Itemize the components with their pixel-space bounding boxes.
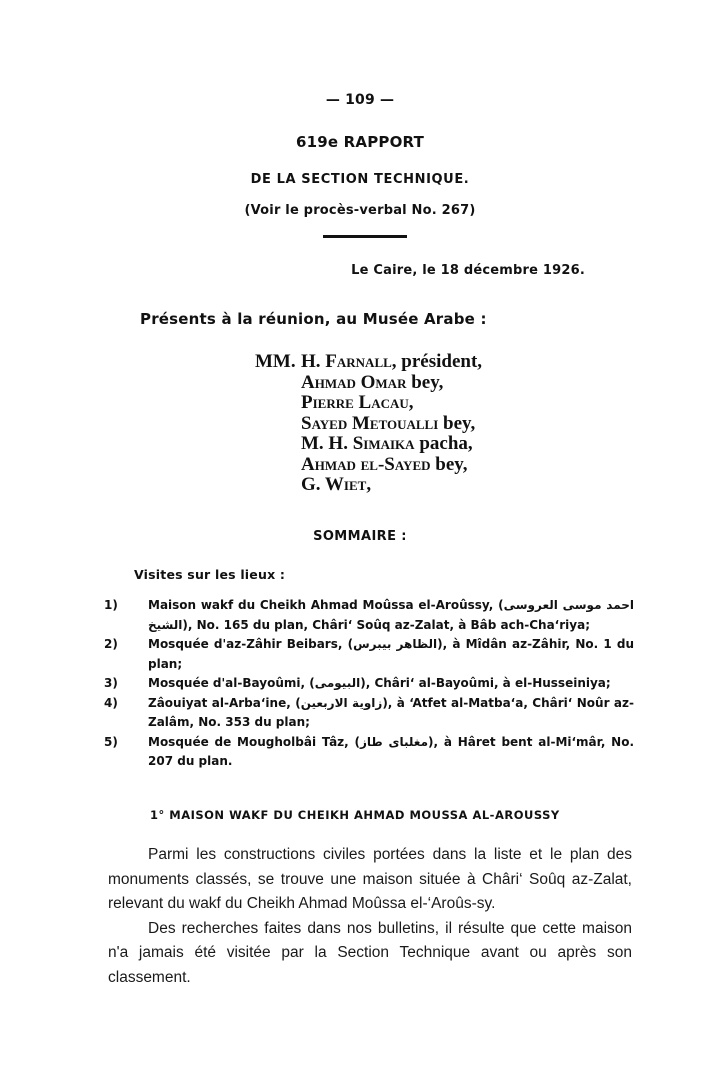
summary-item: 4)Zâouiyat al-Arba‘ine, (زاوية الاربعين)… [104, 694, 634, 733]
member-title: pacha, [415, 433, 473, 454]
arabic-name: زاوية الاربعين [301, 696, 383, 710]
section-heading: 1° MAISON WAKF DU CHEIKH AHMAD MOUSSA AL… [150, 808, 560, 822]
item-number: 4) [104, 694, 118, 714]
minutes-reference: (Voir le procès-verbal No. 267) [0, 203, 720, 218]
item-text: Mosquée de Mougholbâi Tâz, ( [148, 735, 360, 749]
item-text: Maison wakf du Cheikh Ahmad Moûssa el-Ar… [148, 598, 504, 612]
arabic-name: الظاهر بيبرس [353, 637, 437, 651]
member-title: bey, [431, 454, 468, 475]
member-title: , [366, 474, 371, 495]
member-row: MM.H. Farnall, président, [255, 352, 482, 373]
summary-item: 2)Mosquée d'az-Zâhir Beibars, (الظاهر بي… [104, 635, 634, 674]
member-row: Sayed Metoualli bey, [255, 414, 482, 435]
member-name: M. H. Simaika [301, 433, 415, 454]
item-text: ), No. 165 du plan, Châri‘ Soûq az-Zalat… [182, 618, 590, 632]
document-page: — 109 — 619e RAPPORT DE LA SECTION TECHN… [0, 0, 720, 1082]
member-row: Ahmad Omar bey, [255, 373, 482, 394]
member-name: Pierre Lacau [301, 392, 409, 413]
item-text: Zâouiyat al-Arba‘ine, ( [148, 696, 301, 710]
member-name: H. Farnall [301, 351, 392, 372]
member-row: G. Wiet, [255, 475, 482, 496]
summary-list: 1)Maison wakf du Cheikh Ahmad Moûssa el-… [104, 596, 634, 772]
member-name: Sayed Metoualli [301, 413, 438, 434]
item-number: 5) [104, 733, 118, 753]
arabic-name: البيومى [315, 676, 361, 690]
date-line: Le Caire, le 18 décembre 1926. [351, 263, 585, 278]
section-title: DE LA SECTION TECHNIQUE. [0, 172, 720, 187]
title-divider [323, 235, 407, 238]
item-text: ), Châri‘ al-Bayoûmi, à el-Husseiniya; [360, 676, 610, 690]
body-text: Parmi les constructions civiles portées … [108, 843, 632, 991]
item-text: Mosquée d'al-Bayoûmi, ( [148, 676, 315, 690]
member-name: G. Wiet [301, 474, 366, 495]
item-number: 1) [104, 596, 118, 616]
member-name: Ahmad el-Sayed [301, 454, 431, 475]
member-name: Ahmad Omar [301, 372, 406, 393]
summary-item: 3)Mosquée d'al-Bayoûmi, (البيومى), Châri… [104, 674, 634, 694]
item-number: 2) [104, 635, 118, 655]
page-number: — 109 — [0, 92, 720, 108]
member-row: Ahmad el-Sayed bey, [255, 455, 482, 476]
member-title: , [409, 392, 414, 413]
summary-subheading: Visites sur les lieux : [134, 567, 285, 582]
arabic-name: مغلباى طاز [360, 735, 428, 749]
item-text: Mosquée d'az-Zâhir Beibars, ( [148, 637, 353, 651]
summary-item: 1)Maison wakf du Cheikh Ahmad Moûssa el-… [104, 596, 634, 635]
report-title: 619e RAPPORT [0, 133, 720, 151]
member-title: bey, [406, 372, 443, 393]
paragraph: Des recherches faites dans nos bulletins… [108, 917, 632, 991]
member-row: M. H. Simaika pacha, [255, 434, 482, 455]
attendance-heading: Présents à la réunion, au Musée Arabe : [140, 310, 487, 328]
members-prefix: MM. [255, 352, 301, 373]
paragraph: Parmi les constructions civiles portées … [108, 843, 632, 917]
member-title: bey, [438, 413, 475, 434]
member-row: Pierre Lacau, [255, 393, 482, 414]
summary-heading: SOMMAIRE : [0, 529, 720, 544]
member-title: , président, [392, 351, 482, 372]
members-list: MM.H. Farnall, président, Ahmad Omar bey… [255, 352, 482, 496]
summary-item: 5)Mosquée de Mougholbâi Tâz, (مغلباى طاز… [104, 733, 634, 772]
item-number: 3) [104, 674, 118, 694]
